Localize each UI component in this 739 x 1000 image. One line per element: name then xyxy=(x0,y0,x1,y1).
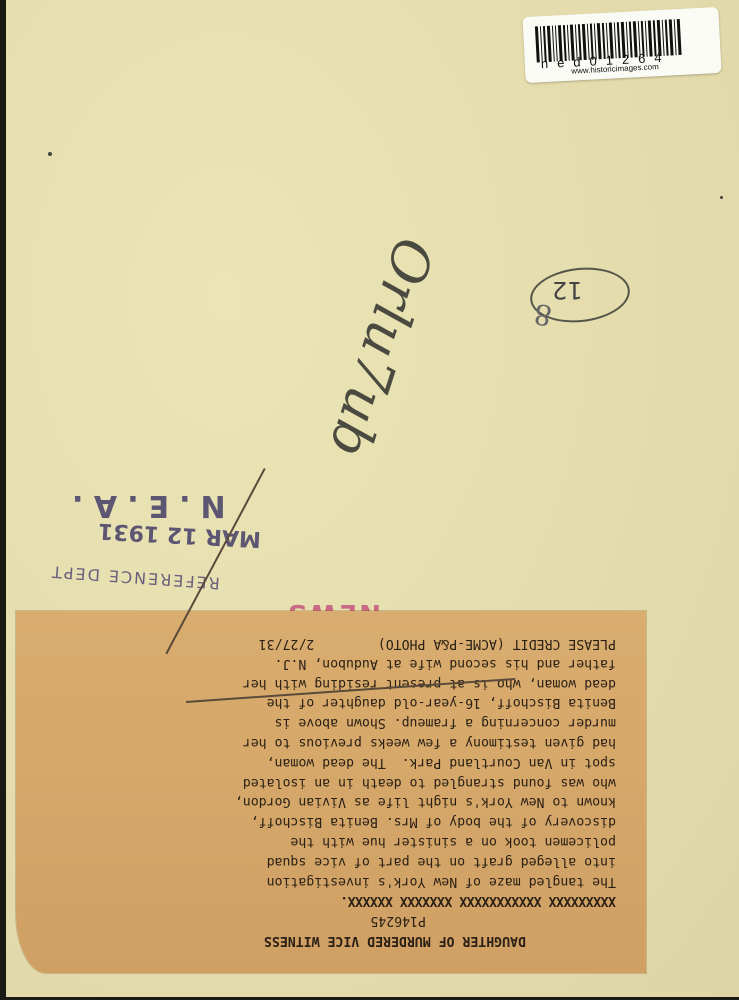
circled-number: 12 xyxy=(552,276,583,304)
caption-line: who was found strangled to death in an i… xyxy=(56,772,616,792)
caption-line: father and his second wife at Audubon, N… xyxy=(56,653,616,673)
stamp-department: REFERENCE DEPT xyxy=(50,562,221,593)
caption-line: had given testimony a few weeks previous… xyxy=(56,732,616,752)
caption-struck-line: XXXXXXXXX XXXXXXXXXXX XXXXXXX XXXXXX. xyxy=(56,890,616,910)
caption-line: spot in Van Courtland Park. The dead wom… xyxy=(56,752,616,772)
speck-icon xyxy=(48,152,52,156)
caption-line: policemen took on a sinister hue with th… xyxy=(56,831,616,851)
photo-back-side: ned01264 www.historicimages.com Orlu7ub … xyxy=(6,0,739,997)
handwritten-note: Orlu7ub xyxy=(316,231,446,465)
caption-line: known to New York's night life as Vivian… xyxy=(56,791,616,811)
stamp-date: MAR 12 1931 xyxy=(97,518,261,551)
caption-slip: PLEASE CREDIT (ACME-P&A PHOTO) 2/27/31 f… xyxy=(16,611,646,973)
caption-line: The tangled maze of New York's investiga… xyxy=(56,871,616,891)
speck-icon xyxy=(720,196,723,199)
caption-line: Benita Bischoff, 16-year-old daughter of… xyxy=(56,692,616,712)
caption-text: PLEASE CREDIT (ACME-P&A PHOTO) 2/27/31 f… xyxy=(56,633,616,950)
caption-line: dead woman, who is at present residing w… xyxy=(56,673,616,693)
caption-line: murder concerning a frameup. Shown above… xyxy=(56,712,616,732)
barcode-label: ned01264 www.historicimages.com xyxy=(522,7,721,83)
caption-line: into alleged graft on the part of vice s… xyxy=(56,851,616,871)
caption-line: discovery of the body of Mrs. Benita Bis… xyxy=(56,811,616,831)
stamp-agency: N.E.A. xyxy=(62,488,226,523)
caption-photo-id: P146245 xyxy=(56,910,616,930)
caption-line: PLEASE CREDIT (ACME-P&A PHOTO) 2/27/31 xyxy=(56,633,616,653)
caption-headline: DAUGHTER OF MURDERED VICE WITNESS xyxy=(56,930,616,950)
